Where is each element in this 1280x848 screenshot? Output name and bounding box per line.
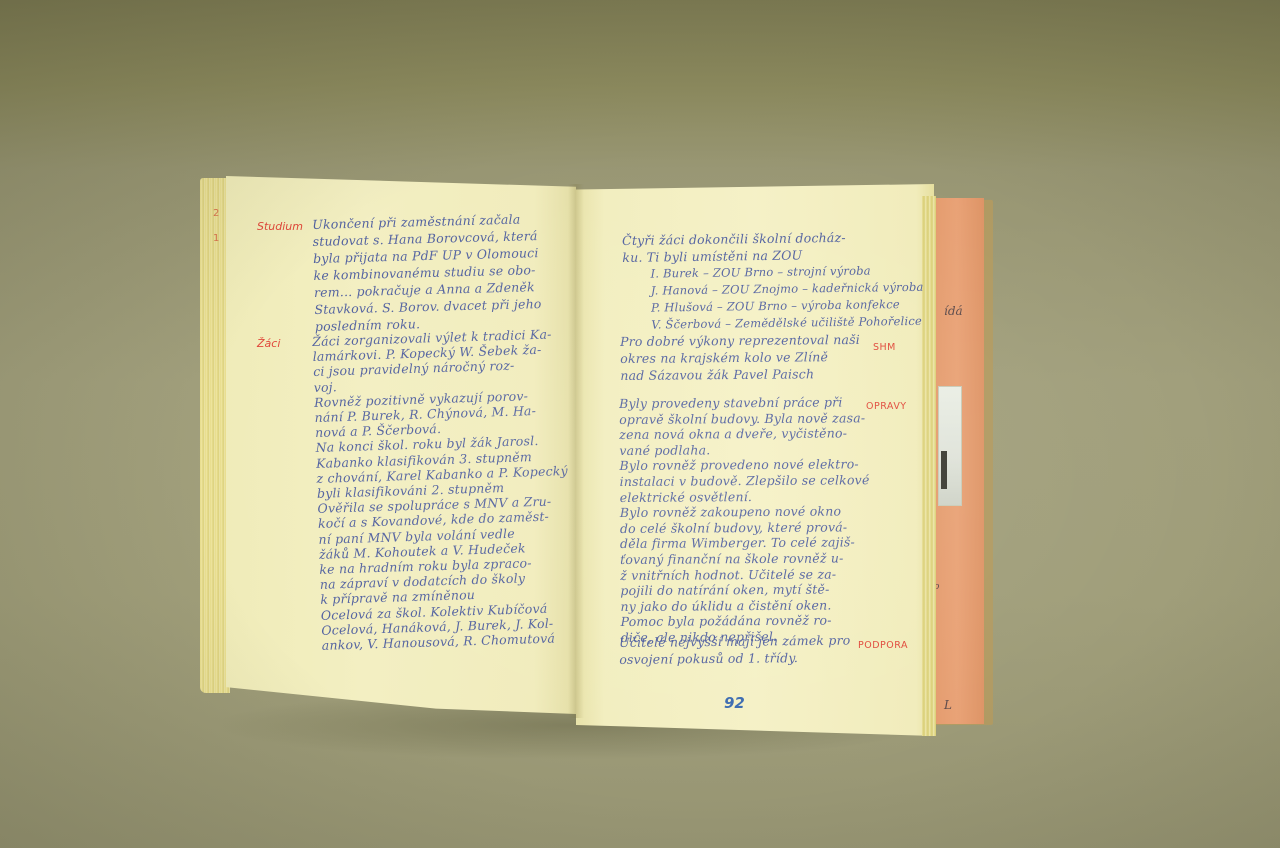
left-page-stack: 2 1 <box>200 178 230 693</box>
stack-mark-1: 2 <box>213 208 219 219</box>
section-studium: Ukončení při zaměstnání začala studovat … <box>312 210 542 335</box>
right-page-edges <box>922 196 936 736</box>
margin-label-shm: SHM <box>873 342 896 353</box>
text-line: pojili do natírání oken, mytí ště- <box>620 581 870 598</box>
stack-mark-2: 1 <box>213 233 219 244</box>
margin-label-opravy: OPRAVY <box>866 401 907 412</box>
text-line: Učitelé nejvyšší mají jen zámek pro <box>619 632 851 651</box>
text-line: okres na krajském kolo ve Zlíně <box>620 348 860 367</box>
text-line: do celé školní budovy, které prová- <box>620 519 870 536</box>
flyleaf-text-3: L <box>944 698 952 712</box>
section-podpora: Učitelé nejvyšší mají jen zámek pro osvo… <box>619 632 851 668</box>
text-line: Pro dobré výkony reprezentoval naši <box>620 331 860 350</box>
text-line: vané podlaha. <box>619 441 869 458</box>
margin-label-studium: Studium <box>257 220 303 233</box>
text-line: Bylo rovněž provedeno nové elektro- <box>619 457 869 474</box>
section-shm: Pro dobré výkony reprezentoval naši okre… <box>620 331 860 384</box>
text-line: Bylo rovněž zakoupeno nové okno <box>620 503 870 520</box>
page-number: 92 <box>724 694 745 712</box>
text-line: Pomoc byla požádána rovněž ro- <box>621 613 871 630</box>
margin-label-zaci: Žáci <box>257 337 280 350</box>
text-line: ž vnitřních hodnot. Učitelé se za- <box>620 566 870 583</box>
section-graduates: Čtyři žáci dokončili školní docház- ku. … <box>622 228 924 334</box>
flyleaf-text-1: ídá <box>944 304 963 318</box>
section-zaci: Žáci zorganizovali výlet k tradici Ka- l… <box>312 326 573 653</box>
text-line: nad Sázavou žák Pavel Paisch <box>620 365 860 384</box>
text-line: děla firma Wimberger. To celé zajiš- <box>620 535 870 552</box>
inserted-photograph <box>938 386 962 506</box>
text-line: opravě školní budovy. Byla nově zasa- <box>619 410 869 427</box>
text-line: ťovaný finanční na škole rovněž u- <box>620 550 870 567</box>
text-line: elektrické osvětlení. <box>620 488 870 505</box>
margin-label-podpora: PODPORA <box>858 640 908 651</box>
text-line: Byly provedeny stavební práce při <box>619 394 869 411</box>
section-opravy: Byly provedeny stavební práce při opravě… <box>619 394 871 645</box>
text-line: osvojení pokusů od 1. třídy. <box>619 649 851 668</box>
text-line: zena nová okna a dveře, vyčistěno- <box>619 425 869 442</box>
text-line: ny jako do úklidu a čistění oken. <box>620 597 870 614</box>
text-line: instalaci v budově. Zlepšilo se celkové <box>620 472 870 489</box>
